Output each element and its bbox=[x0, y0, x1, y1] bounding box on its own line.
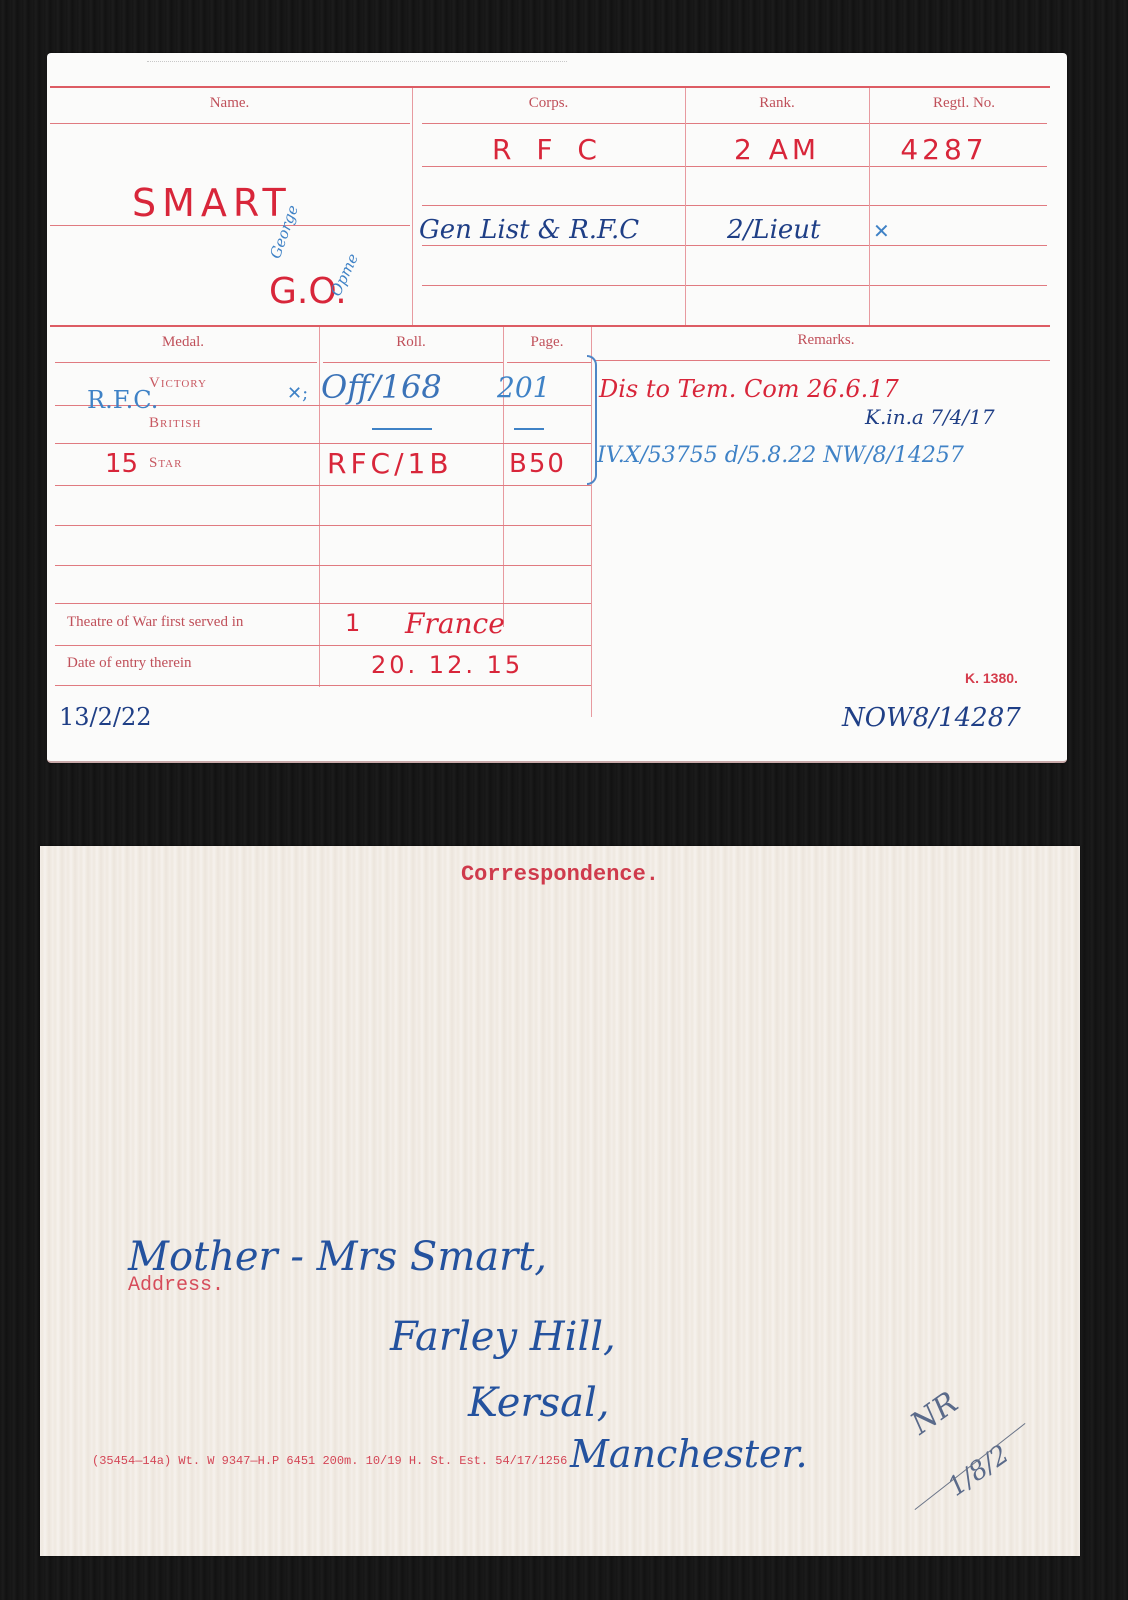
footer-left-date: 13/2/22 bbox=[59, 703, 152, 731]
theatre-number: 1 bbox=[345, 609, 360, 637]
corps-value-1: R F C bbox=[412, 133, 685, 166]
rule bbox=[55, 565, 591, 566]
corps-value-2: Gen List & R.F.C bbox=[419, 215, 639, 245]
faint-marks bbox=[147, 61, 567, 63]
column-divider bbox=[319, 327, 320, 687]
form-number: K. 1380. bbox=[965, 670, 1018, 686]
entry-date-value: 20. 12. 15 bbox=[371, 651, 523, 679]
regt-no-mark-2: ✕ bbox=[873, 219, 890, 243]
medal-index-card-back: Correspondence. Address. Mother - Mrs Sm… bbox=[40, 846, 1080, 1556]
rule bbox=[595, 360, 1050, 361]
remarks-brace bbox=[587, 355, 597, 485]
rule bbox=[50, 225, 410, 226]
victory-british-mark: ✕; bbox=[287, 383, 308, 404]
rule bbox=[422, 123, 1047, 124]
rule bbox=[50, 123, 410, 124]
rule bbox=[55, 443, 591, 444]
rule bbox=[55, 525, 591, 526]
header-regt-no: Regtl. No. bbox=[869, 95, 1059, 112]
column-divider bbox=[685, 88, 686, 325]
rule bbox=[422, 205, 1047, 206]
rule bbox=[55, 603, 591, 604]
header-roll: Roll. bbox=[319, 334, 503, 351]
print-code: (35454—14a) Wt. W 9347—H.P 6451 200m. 10… bbox=[92, 1454, 567, 1468]
footer-right-ref: NOW8/14287 bbox=[842, 703, 1021, 733]
victory-british-page: 201 bbox=[497, 371, 550, 404]
address-line-1: Mother - Mrs Smart, bbox=[128, 1234, 547, 1280]
rank-value-2: 2/Lieut bbox=[727, 215, 820, 245]
section-rule bbox=[50, 325, 1050, 327]
address-line-4: Manchester. bbox=[570, 1432, 808, 1476]
medal-star-label: Star bbox=[149, 455, 182, 472]
rule bbox=[507, 362, 591, 363]
header-name: Name. bbox=[47, 95, 412, 112]
rule bbox=[55, 685, 591, 686]
page-underline bbox=[514, 428, 544, 430]
address-line-3: Kersal, bbox=[468, 1380, 609, 1426]
victory-british-roll: Off/168 bbox=[321, 368, 442, 406]
rule bbox=[422, 285, 1047, 286]
star-page: B50 bbox=[509, 449, 566, 479]
rule bbox=[422, 166, 1047, 167]
rule bbox=[323, 362, 503, 363]
address-line-2: Farley Hill, bbox=[390, 1314, 616, 1360]
column-divider bbox=[869, 88, 870, 325]
rank-value-1: 2 AM bbox=[685, 133, 869, 166]
header-page: Page. bbox=[503, 334, 591, 351]
entry-date-label: Date of entry therein bbox=[67, 655, 192, 672]
header-rank: Rank. bbox=[685, 95, 869, 112]
correspondence-title: Correspondence. bbox=[40, 862, 1080, 887]
header-medal: Medal. bbox=[47, 334, 319, 351]
top-rule bbox=[50, 86, 1050, 88]
header-corps: Corps. bbox=[412, 95, 685, 112]
remarks-line-1: Dis to Tem. Com 26.6.17 bbox=[599, 375, 899, 403]
column-divider bbox=[412, 88, 413, 325]
regt-no-value-1: 4287 bbox=[869, 133, 1019, 166]
medal-british-label: British bbox=[149, 415, 201, 432]
initials-mark: NR bbox=[904, 1385, 964, 1442]
remarks-line-3: IV.X/53755 d/5.8.22 NW/8/14257 bbox=[597, 443, 964, 468]
remarks-line-2: K.in.a 7/4/17 bbox=[865, 405, 995, 429]
theatre-value: France bbox=[405, 607, 505, 640]
roll-underline bbox=[372, 428, 432, 430]
star-prefix: 15 bbox=[105, 449, 138, 479]
surname: SMART bbox=[132, 181, 292, 225]
rule bbox=[55, 485, 591, 486]
medal-index-card-front: Name. Corps. Rank. Regtl. No. SMART G.O.… bbox=[47, 53, 1067, 763]
theatre-label: Theatre of War first served in bbox=[67, 614, 243, 631]
star-roll: RFC/1B bbox=[327, 447, 453, 480]
initials-date: 1/8/2 bbox=[942, 1439, 1014, 1502]
header-remarks: Remarks. bbox=[591, 332, 1061, 349]
rule bbox=[422, 245, 1047, 246]
rule bbox=[55, 362, 317, 363]
rule bbox=[55, 645, 591, 646]
victory-british-annotation: R.F.C. bbox=[87, 386, 158, 414]
